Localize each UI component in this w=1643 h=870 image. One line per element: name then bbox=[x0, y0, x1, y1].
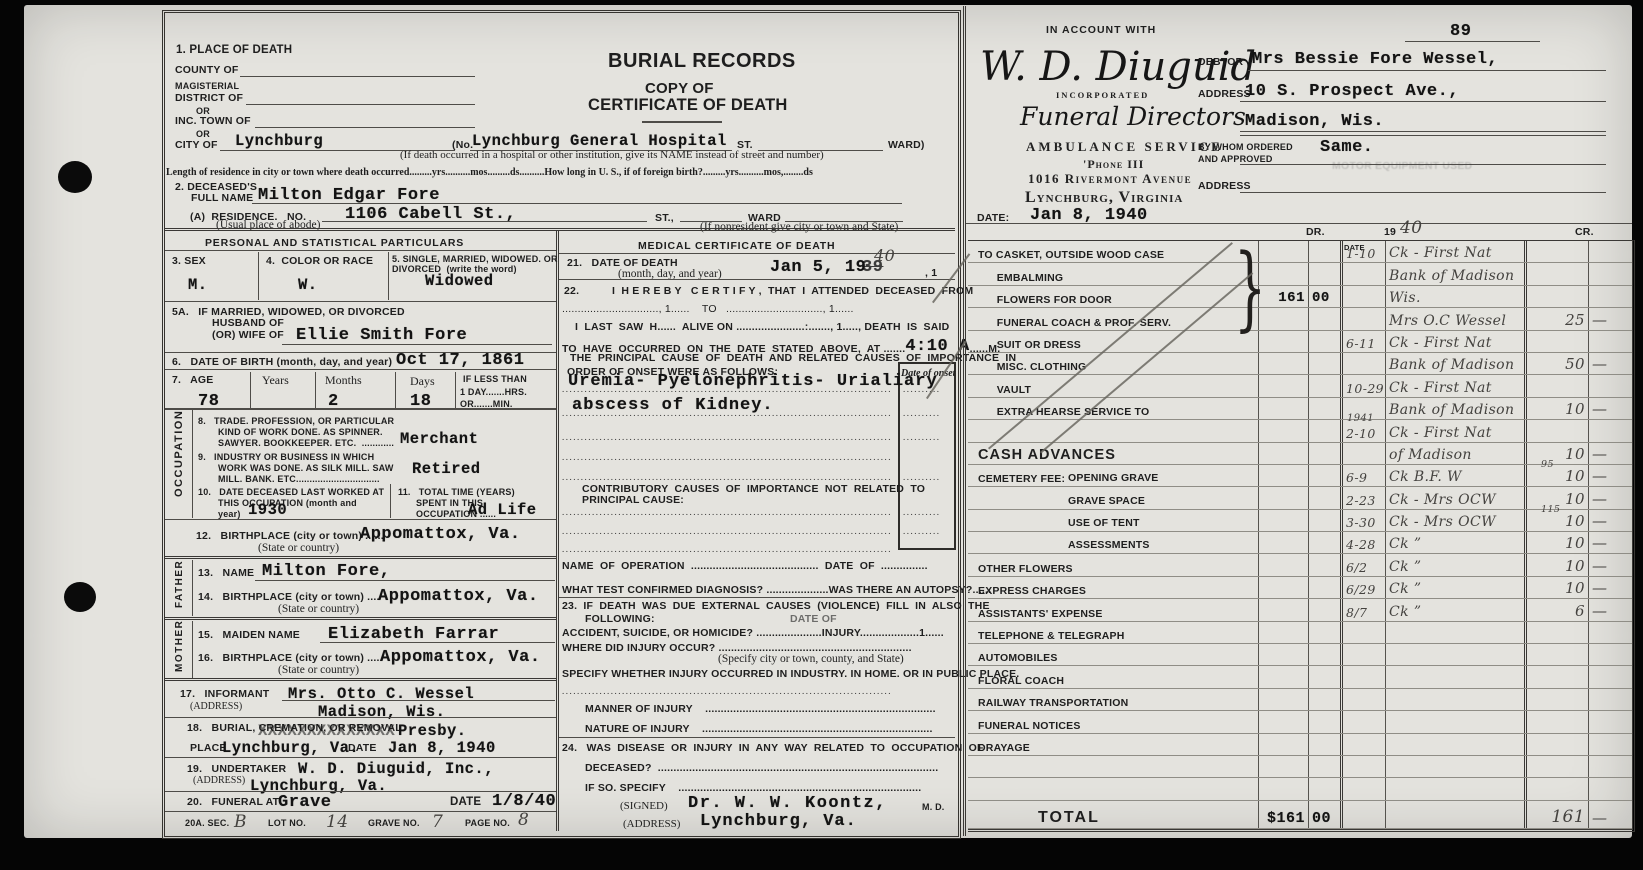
ledger-item-label: RAILWAY TRANSPORTATION bbox=[968, 689, 1258, 710]
burial-place-value: Lynchburg, Va. bbox=[222, 739, 359, 757]
ledger-description: Ck - Mrs OCW bbox=[1385, 487, 1524, 508]
ledger-cr-amount: 11510 bbox=[1524, 510, 1588, 531]
f22-number: 22. bbox=[564, 285, 579, 297]
onset-leader-3: .......... bbox=[903, 432, 949, 442]
city-of-label: CITY OF bbox=[175, 139, 218, 151]
ledger-dr-cents: 00 bbox=[1308, 286, 1340, 307]
informant-address-label: (ADDRESS) bbox=[190, 701, 242, 712]
mother-side-label: MOTHER bbox=[174, 620, 185, 672]
injury-leader: ........................................… bbox=[562, 686, 952, 696]
personal-title-rule bbox=[165, 250, 556, 251]
injury-specify-line: SPECIFY WHETHER INJURY OCCURRED IN INDUS… bbox=[562, 668, 1019, 680]
sex-race-divider bbox=[258, 252, 259, 300]
signed-value: Dr. W. W. Koontz, bbox=[688, 794, 887, 813]
signed-label: (SIGNED) bbox=[620, 800, 668, 812]
ledger-item-label bbox=[968, 756, 1258, 777]
ledger-row: 19412-10Ck - First Nat bbox=[968, 420, 1632, 442]
grave-no-label: GRAVE NO. bbox=[368, 818, 420, 828]
contrib-leader-2: ........................................… bbox=[562, 526, 894, 536]
occupation-bracket bbox=[192, 410, 193, 518]
ledger-item-label: USE OF TENT bbox=[968, 510, 1258, 531]
ledger-dr-cents bbox=[1308, 510, 1340, 531]
ledger-date bbox=[1340, 644, 1385, 665]
ledger-dr-cents bbox=[1308, 398, 1340, 419]
date-rule bbox=[966, 223, 1632, 224]
cause-leader-3: ........................................… bbox=[562, 432, 894, 442]
second-address-line bbox=[1240, 192, 1606, 193]
hospital-note: (If death occurred in a hospital or othe… bbox=[400, 149, 824, 161]
ledger-dr-cents bbox=[1308, 734, 1340, 755]
ledger-dr-cents bbox=[1308, 465, 1340, 486]
ledger-description: of Madison bbox=[1385, 443, 1524, 464]
ledger-description bbox=[1385, 756, 1524, 777]
ledger-item-label: GRAVE SPACE bbox=[968, 487, 1258, 508]
personal-title: PERSONAL AND STATISTICAL PARTICULARS bbox=[205, 237, 464, 249]
ledger-dr-cents bbox=[1308, 331, 1340, 352]
ledger-cr-amount: 50 bbox=[1524, 353, 1588, 374]
f12-label: 12. BIRTHPLACE (city or town) ...... bbox=[196, 530, 384, 542]
ledger-dr-dollars bbox=[1258, 734, 1308, 755]
md-label: M. D. bbox=[922, 802, 945, 812]
ledger-dr-dollars bbox=[1258, 622, 1308, 643]
ledger-cr-dash bbox=[1588, 331, 1632, 352]
ledger-dr-dollars bbox=[1258, 420, 1308, 441]
funeral-rule bbox=[165, 811, 556, 812]
spouse-value: Ellie Smith Fore bbox=[296, 326, 467, 345]
magisterial-label: MAGISTERIAL bbox=[175, 81, 239, 91]
second-address-label: ADDRESS bbox=[1198, 180, 1251, 192]
ledger-cr-dash bbox=[1588, 734, 1632, 755]
cause-leader-4: ........................................… bbox=[562, 452, 894, 462]
contrib-leader-3: ........................................… bbox=[562, 544, 894, 554]
ledger-row: FUNERAL COACH & PROF. SERV.Mrs O.C Wesse… bbox=[968, 308, 1632, 330]
ledger-row bbox=[968, 756, 1632, 778]
punch-hole-top bbox=[58, 161, 92, 193]
last-saw-line: I LAST SAW H...... ALIVE ON ............… bbox=[575, 321, 949, 333]
ledger-row: USE OF TENT3-30Ck - Mrs OCW11510— bbox=[968, 510, 1632, 532]
ledger-dr-dollars bbox=[1258, 443, 1308, 464]
mother-rule bbox=[165, 678, 556, 681]
ledger-cr-dash bbox=[1588, 666, 1632, 687]
ledger-date: 6/29 bbox=[1340, 577, 1385, 598]
ledger-dr-dollars bbox=[1258, 599, 1308, 620]
scanned-burial-record: BURIAL RECORDS COPY OF CERTIFICATE OF DE… bbox=[0, 0, 1643, 870]
ledger-cr-amount bbox=[1524, 331, 1588, 352]
dob-rule bbox=[165, 369, 556, 370]
ledger-description bbox=[1385, 711, 1524, 732]
f9-2: WORK WAS DONE. AS SILK MILL. SAW bbox=[218, 463, 394, 473]
ledger-dr-dollars bbox=[1258, 666, 1308, 687]
page-no-value: 8 bbox=[518, 810, 529, 830]
district-line bbox=[246, 104, 475, 105]
debtor-address1-value: 10 S. Prospect Ave., bbox=[1245, 82, 1459, 101]
ledger-item-label: TELEPHONE & TELEGRAPH bbox=[968, 622, 1258, 643]
top-section-rule bbox=[165, 228, 955, 231]
place-of-death-label: 1. PLACE OF DEATH bbox=[176, 44, 292, 56]
total-desc-cell bbox=[1385, 801, 1524, 828]
ledger-cr-dash: — bbox=[1588, 443, 1632, 464]
debtor-address1-line bbox=[1240, 101, 1606, 102]
ledger-description bbox=[1385, 622, 1524, 643]
ledger-cr-dash: — bbox=[1588, 398, 1632, 419]
column-divider bbox=[556, 231, 559, 831]
year-printed-header: 19 bbox=[1384, 226, 1396, 238]
residence-st-label: ST., bbox=[655, 212, 674, 224]
ledger-dr-dollars bbox=[1258, 375, 1308, 396]
debtor-label: DEBTOR bbox=[1198, 56, 1243, 68]
onset-leader-5: .......... bbox=[903, 507, 949, 517]
ledger-row: TO CASKET, OUTSIDE WOOD CASE1-10Ck - Fir… bbox=[968, 241, 1632, 263]
ledger-cr-amount bbox=[1524, 622, 1588, 643]
ledger-cr-dash: — bbox=[1588, 353, 1632, 374]
ledger-cr-dash bbox=[1588, 689, 1632, 710]
ledger-cr-dash: — bbox=[1588, 308, 1632, 329]
months-header: Months bbox=[325, 373, 362, 388]
f13-label: 13. NAME bbox=[198, 567, 254, 579]
ledger-description bbox=[1385, 689, 1524, 710]
dod-rule bbox=[559, 279, 955, 280]
ledger-description: Ck - First Nat bbox=[1385, 331, 1524, 352]
phone-label: 'Phone III bbox=[1083, 157, 1144, 172]
ledger-date bbox=[1340, 353, 1385, 374]
f8-3: SAWYER. BOOKKEEPER. ETC. ............ bbox=[218, 438, 394, 448]
ledger-dr-cents bbox=[1308, 263, 1340, 284]
ledger-total-row: TOTAL $161 00 161 — bbox=[968, 801, 1632, 829]
ledger-dr-cents bbox=[1308, 420, 1340, 441]
f16-note: (State or country) bbox=[278, 664, 359, 676]
ordered-label-2: AND APPROVED bbox=[1198, 154, 1273, 164]
ledger-dr-cents bbox=[1308, 711, 1340, 732]
ledger-date: 6/2 bbox=[1340, 554, 1385, 575]
ledger-row: SUIT OR DRESS6-11Ck - First Nat bbox=[968, 331, 1632, 353]
funeral-date-label: DATE bbox=[450, 796, 481, 808]
total-dr-cents: 00 bbox=[1308, 801, 1340, 828]
burial-struck-value: XXXXXXXXXXXXXX bbox=[258, 722, 395, 740]
in-account-with-label: IN ACCOUNT WITH bbox=[1046, 24, 1156, 36]
ledger-item-label: EXPRESS CHARGES bbox=[968, 577, 1258, 598]
ledger-dr-cents bbox=[1308, 778, 1340, 799]
ledger-dr-dollars bbox=[1258, 756, 1308, 777]
days-header: Days bbox=[410, 374, 435, 389]
burial-value: Presby. bbox=[398, 722, 467, 740]
ledger-row: FLOWERS FOR DOOR16100Wis. bbox=[968, 286, 1632, 308]
total-label-cell: TOTAL bbox=[968, 801, 1258, 828]
ledger-dr-dollars bbox=[1258, 554, 1308, 575]
father-side-label: FATHER bbox=[174, 560, 185, 608]
father-name-value: Milton Fore, bbox=[262, 562, 390, 581]
cause-leader-5: ........................................… bbox=[562, 472, 894, 482]
f5a-label-2: HUSBAND OF bbox=[212, 317, 284, 329]
title-rule bbox=[642, 121, 722, 123]
f10-3: year) bbox=[218, 509, 241, 519]
ledger-date bbox=[1340, 711, 1385, 732]
punch-hole-bottom bbox=[64, 582, 96, 612]
ledger-row: EMBALMINGBank of Madison bbox=[968, 263, 1632, 285]
years-header: Years bbox=[262, 373, 289, 388]
inc-town-label: INC. TOWN OF bbox=[175, 115, 251, 127]
certify-line-2: ..............................., 1......… bbox=[562, 303, 854, 315]
undertaker-label: 19. UNDERTAKER bbox=[187, 763, 286, 775]
year-hand-value: 40 bbox=[1400, 218, 1422, 238]
f10-f11-divider bbox=[390, 484, 391, 518]
f23-line1: 23. IF DEATH WAS DUE EXTERNAL CAUSES (VI… bbox=[562, 600, 990, 612]
county-of-label: COUNTY OF bbox=[175, 64, 238, 76]
undertaker-address-label: (ADDRESS) bbox=[193, 775, 245, 786]
ledger-date: 3-30 bbox=[1340, 510, 1385, 531]
total-label: TOTAL bbox=[978, 809, 1100, 827]
street-label: 1016 Rivermont Avenue bbox=[1028, 171, 1192, 187]
race-value: W. bbox=[298, 276, 318, 294]
ledger-cr-amount: 10 bbox=[1524, 532, 1588, 553]
ledger-dr-cents bbox=[1308, 443, 1340, 464]
nonresident-note: (If nonresident give city or town and St… bbox=[700, 221, 898, 233]
ledger-row: FLORAL COACH bbox=[968, 666, 1632, 688]
total-time-value: Ad Life bbox=[468, 501, 537, 519]
ledger-cr-amount: 9510 bbox=[1524, 465, 1588, 486]
ledger-item-label: OTHER FLOWERS bbox=[968, 554, 1258, 575]
cr-header: CR. bbox=[1575, 226, 1594, 238]
ledger-date bbox=[1340, 443, 1385, 464]
ordered-label-1: BY WHOM ORDERED bbox=[1198, 142, 1293, 152]
ledger-dr-dollars bbox=[1258, 577, 1308, 598]
f15-label: 15. MAIDEN NAME bbox=[198, 629, 300, 641]
ledger-description: Wis. bbox=[1385, 286, 1524, 307]
ledger-description: Ck ” bbox=[1385, 554, 1524, 575]
age-div-2 bbox=[315, 372, 316, 408]
operation-line: NAME OF OPERATION ......................… bbox=[562, 560, 928, 572]
f24-line2: DECEASED? ..............................… bbox=[585, 762, 938, 774]
ledger-row: VAULT10-29Ck - First Nat bbox=[968, 375, 1632, 397]
sex-row-rule bbox=[165, 301, 556, 302]
ledger-cr-amount bbox=[1524, 241, 1588, 262]
ledger-item-label: EMBALMING bbox=[968, 263, 1258, 284]
or2-label: OR bbox=[196, 129, 210, 139]
ledger-dr-dollars bbox=[1258, 487, 1308, 508]
dob-value: Oct 17, 1861 bbox=[396, 351, 524, 370]
ordered-value: Same. bbox=[1320, 138, 1374, 157]
page-no-label: PAGE NO. bbox=[465, 818, 510, 828]
ledger-dr-cents bbox=[1308, 622, 1340, 643]
ledger-dr-cents bbox=[1308, 308, 1340, 329]
ledger-description bbox=[1385, 666, 1524, 687]
test-line: WHAT TEST CONFIRMED DIAGNOSIS? .........… bbox=[562, 584, 991, 596]
ledger-date bbox=[1340, 622, 1385, 643]
debtor-address2-line bbox=[1240, 131, 1606, 132]
dr-header: DR. bbox=[1306, 226, 1325, 238]
f23-line3: ACCIDENT, SUICIDE, OR HOMICIDE? ........… bbox=[562, 627, 944, 639]
ledger-description: Ck - First Nat bbox=[1385, 241, 1524, 262]
marital-value: Widowed bbox=[425, 272, 494, 290]
ledger-cr-dash bbox=[1588, 711, 1632, 732]
sec-label: 20A. SEC. bbox=[185, 818, 229, 828]
age-rule bbox=[165, 408, 556, 410]
cause-leader-2: ........................................… bbox=[562, 408, 894, 418]
ledger-date bbox=[1340, 286, 1385, 307]
ledger-dr-dollars bbox=[1258, 778, 1308, 799]
ledger-item-label: ASSESSMENTS bbox=[968, 532, 1258, 553]
grave-no-value: 7 bbox=[432, 812, 443, 832]
ledger-row: RAILWAY TRANSPORTATION bbox=[968, 689, 1632, 711]
ledger-row: ASSESSMENTS4-28Ck ”10— bbox=[968, 532, 1632, 554]
ledger-item-label: MISC. CLOTHING bbox=[968, 353, 1258, 374]
ledger-date: 10-29 bbox=[1340, 375, 1385, 396]
ledger-description: Ck ” bbox=[1385, 532, 1524, 553]
race-marital-divider bbox=[388, 252, 389, 300]
debtor-address2-line2 bbox=[1240, 135, 1606, 136]
age-div-1 bbox=[250, 372, 251, 408]
f13-line bbox=[255, 580, 555, 581]
ledger-cr-dash: — bbox=[1588, 577, 1632, 598]
f8-2: KIND OF WORK DONE. AS SPINNER. bbox=[218, 427, 383, 437]
contrib-leader-1: ........................................… bbox=[562, 507, 894, 517]
ledger-dr-cents bbox=[1308, 241, 1340, 262]
ledger-date: 2-23 bbox=[1340, 487, 1385, 508]
account-left-border bbox=[963, 6, 966, 836]
ledger-description bbox=[1385, 644, 1524, 665]
dod-typed: Jan 5, 19 bbox=[770, 258, 866, 277]
burial-rule bbox=[165, 757, 556, 758]
ledger-item-label: FUNERAL NOTICES bbox=[968, 711, 1258, 732]
ledger-description: Bank of Madison bbox=[1385, 353, 1524, 374]
marital-label-1: 5. SINGLE, MARRIED, WIDOWED. OR bbox=[392, 254, 558, 264]
ledger-cr-dash: — bbox=[1588, 532, 1632, 553]
ledger-row: TELEPHONE & TELEGRAPH bbox=[968, 622, 1632, 644]
ledger-row: AUTOMOBILES bbox=[968, 644, 1632, 666]
incorporated-label: INCORPORATED bbox=[1056, 90, 1149, 100]
ledger-description: Ck ” bbox=[1385, 577, 1524, 598]
f10-1: 10. DATE DECEASED LAST WORKED AT bbox=[198, 487, 384, 497]
lot-value: 14 bbox=[326, 812, 348, 832]
ledger-dr-cents bbox=[1308, 577, 1340, 598]
ledger-description bbox=[1385, 778, 1524, 799]
ledger-dr-cents bbox=[1308, 689, 1340, 710]
ledger-dr-dollars bbox=[1258, 465, 1308, 486]
ledger-dr-dollars bbox=[1258, 353, 1308, 374]
f16-label: 16. BIRTHPLACE (city or town) ..... bbox=[198, 652, 383, 664]
ledger-row: OTHER FLOWERS6/2Ck ”10— bbox=[968, 554, 1632, 576]
industry-value: Retired bbox=[412, 460, 481, 478]
ledger-dr-cents bbox=[1308, 756, 1340, 777]
injury-where-note: (Specify city or town, county, and State… bbox=[718, 653, 904, 665]
ledger-date: 1-10 bbox=[1340, 241, 1385, 262]
ledger-cr-dash bbox=[1588, 375, 1632, 396]
ledger-row: CASH ADVANCESof Madison10— bbox=[968, 443, 1632, 465]
ledger-cr-amount: 10 bbox=[1524, 554, 1588, 575]
occupation-rule bbox=[165, 519, 556, 520]
father-rule bbox=[165, 617, 556, 620]
ledger-item-label: AUTOMOBILES bbox=[968, 644, 1258, 665]
ledger-item-label: FUNERAL COACH & PROF. SERV. bbox=[968, 308, 1258, 329]
ledger-date bbox=[1340, 308, 1385, 329]
medical-title: MEDICAL CERTIFICATE OF DEATH bbox=[638, 240, 835, 252]
ledger-cr-dash bbox=[1588, 286, 1632, 307]
informant-line bbox=[282, 700, 555, 701]
f24-line3: IF SO. SPECIFY .........................… bbox=[585, 782, 921, 794]
ledger-cr-dash bbox=[1588, 263, 1632, 284]
injury-rule bbox=[559, 737, 955, 738]
ledger-dr-dollars bbox=[1258, 644, 1308, 665]
ledger-dr-dollars bbox=[1258, 711, 1308, 732]
f8-1: 8. TRADE. PROFESSION, OR PARTICULAR bbox=[198, 416, 394, 426]
debtor-address-label: ADDRESS bbox=[1198, 88, 1251, 100]
ledger-cr-amount bbox=[1524, 778, 1588, 799]
ledger-cr-dash bbox=[1588, 420, 1632, 441]
ledger-description: Ck B.F. W bbox=[1385, 465, 1524, 486]
test-rule bbox=[559, 597, 955, 598]
ledger-item-label: DRAYAGE bbox=[968, 734, 1258, 755]
funeral-at-value: Grave bbox=[278, 793, 332, 812]
age-div-3 bbox=[395, 372, 396, 408]
ledger-item-label: CASH ADVANCES bbox=[968, 443, 1258, 464]
ledger-cr-amount bbox=[1524, 734, 1588, 755]
ledger-item-label: EXTRA HEARSE SERVICE TO bbox=[968, 398, 1258, 419]
county-line bbox=[240, 76, 475, 77]
f10-2: THIS OCCUPATION (month and bbox=[218, 498, 357, 508]
ledger-dr-cents bbox=[1308, 554, 1340, 575]
district-of-label: DISTRICT OF bbox=[175, 92, 243, 104]
father-bracket bbox=[192, 560, 193, 616]
ledger-cr-dash: — bbox=[1588, 510, 1632, 531]
manner-of-injury-line: MANNER OF INJURY .......................… bbox=[585, 703, 936, 715]
dod-tail: , 1 bbox=[925, 267, 937, 279]
ledger-date bbox=[1340, 778, 1385, 799]
dod-hand-correction: 40 bbox=[874, 246, 895, 265]
total-cr-value: 161 bbox=[1524, 801, 1588, 828]
ledger-cr-amount bbox=[1524, 286, 1588, 307]
ledger-date bbox=[1340, 666, 1385, 687]
ledger-description: Ck - First Nat bbox=[1385, 375, 1524, 396]
ledger-cr-dash: — bbox=[1588, 465, 1632, 486]
ledger-description bbox=[1385, 734, 1524, 755]
ledger-cr-amount bbox=[1524, 420, 1588, 441]
ledger-description: Bank of Madison bbox=[1385, 263, 1524, 284]
bleedthrough-text: MOTOR EQUIPMENT USED bbox=[1332, 160, 1472, 172]
ledger-dr-dollars bbox=[1258, 398, 1308, 419]
debtor-value: Mrs Bessie Fore Wessel, bbox=[1252, 50, 1498, 69]
cause-leader-1: ........................................… bbox=[562, 384, 894, 394]
ledger-item-label: CEMETERY FEE:OPENING GRAVE bbox=[968, 465, 1258, 486]
certificate-of-death-title: CERTIFICATE OF DEATH bbox=[588, 96, 788, 115]
ledger-item-label bbox=[968, 778, 1258, 799]
ledger-cr-dash bbox=[1588, 778, 1632, 799]
ledger-date bbox=[1340, 734, 1385, 755]
ledger-description: Mrs O.C Wessel bbox=[1385, 308, 1524, 329]
age-div-4 bbox=[455, 372, 456, 408]
statement-number-line bbox=[1405, 41, 1540, 42]
undertaker-value: W. D. Diuguid, Inc., bbox=[298, 760, 494, 778]
f11-1: 11. TOTAL TIME (YEARS) bbox=[398, 487, 515, 497]
spouse-line bbox=[282, 344, 552, 345]
ledger-cr-dash: — bbox=[1588, 554, 1632, 575]
ledger-cr-amount: 6 bbox=[1524, 599, 1588, 620]
informant-address-value: Madison, Wis. bbox=[318, 703, 445, 721]
ledger-cr-amount: 10 bbox=[1524, 443, 1588, 464]
statement-number: 89 bbox=[1450, 22, 1471, 41]
ledger-dr-dollars bbox=[1258, 689, 1308, 710]
f23-line2: FOLLOWING: bbox=[585, 613, 655, 625]
lot-label: LOT NO. bbox=[268, 818, 306, 828]
ledger-row: CEMETERY FEE:OPENING GRAVE6-9Ck B.F. W95… bbox=[968, 465, 1632, 487]
ledger-row: MISC. CLOTHINGBank of Madison50— bbox=[968, 353, 1632, 375]
onset-leader-2: .......... bbox=[903, 408, 949, 418]
onset-leader-4: .......... bbox=[903, 472, 949, 482]
f24-line1: 24. WAS DISEASE OR INJURY IN ANY WAY REL… bbox=[562, 742, 984, 754]
f14-label: 14. BIRTHPLACE (city or town) .... bbox=[198, 591, 380, 603]
dob-label: 6. DATE OF BIRTH (month, day, and year) bbox=[172, 356, 392, 368]
debtor-address2-value: Madison, Wis. bbox=[1245, 112, 1384, 131]
ledger-date: 19412-10 bbox=[1340, 420, 1385, 441]
ledger-cr-amount: 25 bbox=[1524, 308, 1588, 329]
